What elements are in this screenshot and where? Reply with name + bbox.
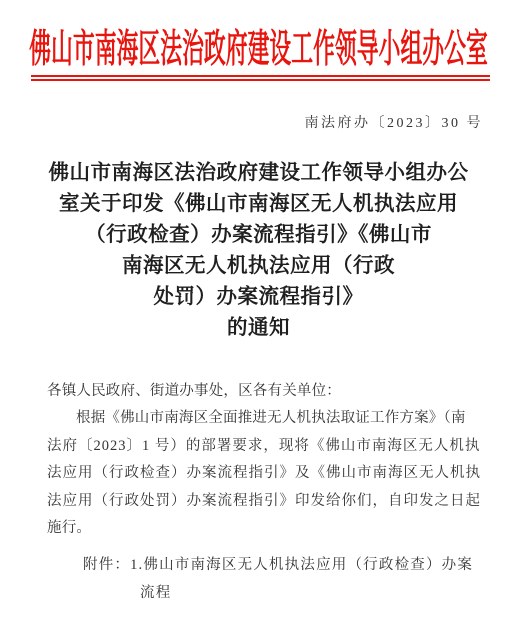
document-title-line: 南海区无人机执法应用（行政 bbox=[0, 251, 517, 282]
document-title-line: 处罚）办案流程指引》 bbox=[0, 282, 517, 313]
attachment-line: 流程 bbox=[140, 580, 473, 607]
body-line: 施行。 bbox=[47, 515, 473, 542]
document-title-line: 的通知 bbox=[0, 313, 517, 344]
document-title-line: 室关于印发《佛山市南海区无人机执法应用 bbox=[0, 189, 517, 220]
document-page: 佛山市南海区法治政府建设工作领导小组办公室 南法府办〔2023〕30 号 佛山市… bbox=[0, 0, 517, 635]
attachment-item: 1.佛山市南海区无人机执法应用（行政检查）办案 bbox=[130, 557, 473, 573]
attachment-label: 附件： bbox=[83, 557, 130, 573]
body-line: 法应用（行政检查）办案流程指引》及《佛山市南海区无人机执 bbox=[47, 460, 473, 487]
document-title-line: 佛山市南海区法治政府建设工作领导小组办公 bbox=[0, 158, 517, 189]
masthead: 佛山市南海区法治政府建设工作领导小组办公室 bbox=[0, 26, 517, 74]
salutation: 各镇人民政府、街道办事处，区各有关单位： bbox=[47, 378, 473, 405]
body-line: 法应用（行政处罚）办案流程指引》印发给你们，自印发之日起 bbox=[47, 488, 473, 515]
attachment-line: 附件：1.佛山市南海区无人机执法应用（行政检查）办案 bbox=[83, 552, 473, 579]
issuing-org-name: 佛山市南海区法治政府建设工作领导小组办公室 bbox=[29, 29, 488, 71]
red-divider-line bbox=[31, 75, 490, 81]
document-title: 佛山市南海区法治政府建设工作领导小组办公 室关于印发《佛山市南海区无人机执法应用… bbox=[0, 158, 517, 344]
body-line: 法府〔2023〕1 号）的部署要求，现将《佛山市南海区无人机执 bbox=[47, 433, 473, 460]
document-number: 南法府办〔2023〕30 号 bbox=[305, 112, 484, 132]
document-body: 各镇人民政府、街道办事处，区各有关单位： 根据《佛山市南海区全面推进无人机执法取… bbox=[47, 378, 473, 607]
attachment-section: 附件：1.佛山市南海区无人机执法应用（行政检查）办案 流程 bbox=[47, 552, 473, 607]
document-title-line: （行政检查）办案流程指引》《佛山市 bbox=[0, 220, 517, 251]
body-line: 根据《佛山市南海区全面推进无人机执法取证工作方案》（南 bbox=[47, 405, 473, 432]
